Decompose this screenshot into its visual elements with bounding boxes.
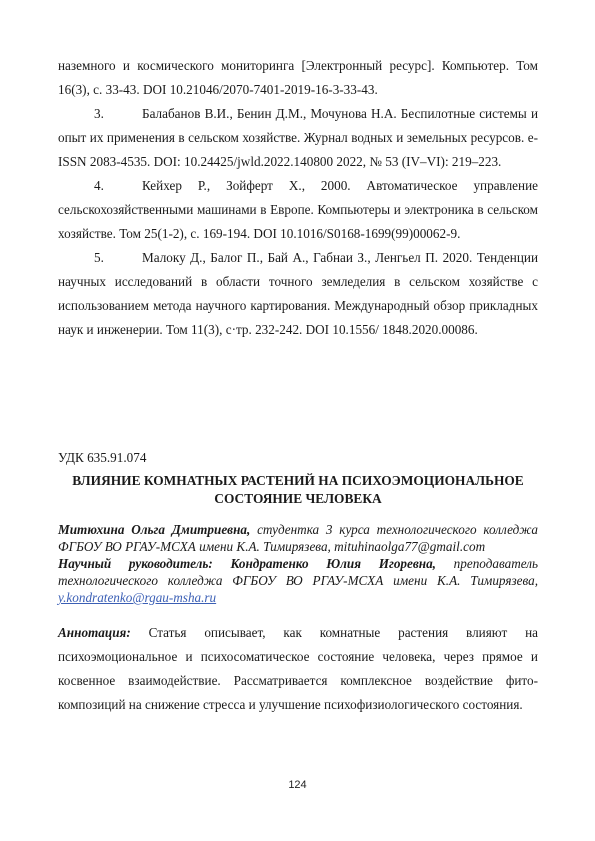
author-2: Научный руководитель: Кондратенко Юлия И… [58,555,538,606]
reference-list: наземного и космического мониторинга [Эл… [58,54,538,342]
abstract-label: Аннотация: [58,625,131,640]
document-page: наземного и космического мониторинга [Эл… [0,0,595,841]
reference-item-4: 4.Кейхер Р., Зойферт Х., 2000. Автоматич… [58,174,538,246]
page-number: 124 [0,779,595,791]
author-2-name: Научный руководитель: Кондратенко Юлия И… [58,556,436,571]
udk-code: УДК 635.91.074 [58,448,146,468]
author-1: Митюхина Ольга Дмитриевна, студентка 3 к… [58,521,538,555]
author-1-name: Митюхина Ольга Дмитриевна, [58,522,250,537]
author-2-email-link[interactable]: y.kondratenko@rgau-msha.ru [58,590,216,605]
reference-number: 4. [94,174,142,198]
reference-number: 3. [94,102,142,126]
reference-continuation: наземного и космического мониторинга [Эл… [58,54,538,102]
reference-item-3: 3.Балабанов В.И., Бенин Д.М., Мочунова Н… [58,102,538,174]
article-title-line-1: ВЛИЯНИЕ КОМНАТНЫХ РАСТЕНИЙ НА ПСИХОЭМОЦИ… [58,472,538,490]
article-title-line-2: СОСТОЯНИЕ ЧЕЛОВЕКА [58,490,538,508]
reference-item-5: 5.Малоку Д., Балог П., Бай А., Габнаи З.… [58,246,538,342]
author-block: Митюхина Ольга Дмитриевна, студентка 3 к… [58,521,538,606]
abstract: Аннотация: Статья описывает, как комнатн… [58,621,538,717]
abstract-text: Статья описывает, как комнатные растения… [58,625,538,712]
reference-number: 5. [94,246,142,270]
article-title: ВЛИЯНИЕ КОМНАТНЫХ РАСТЕНИЙ НА ПСИХОЭМОЦИ… [58,472,538,508]
